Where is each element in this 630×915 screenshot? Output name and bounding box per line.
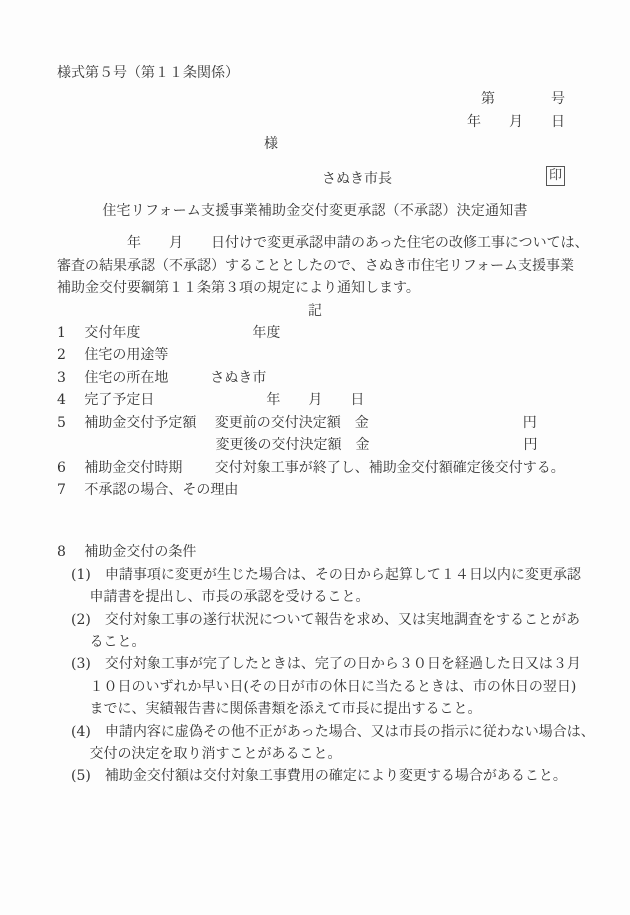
condition-line: (5) 補助金交付額は交付対象工事費用の確定により変更する場合があること。 [57, 765, 573, 787]
item-hojokin-jiki: 6 補助金交付時期 交付対象工事が終了し、補助金交付額確定後交付する。 [57, 457, 573, 479]
item-hojokin-yoteigaku-mae: 5 補助金交付予定額 変更前の交付決定額 金 円 [57, 412, 573, 434]
condition-line: １０日のいずれか早い日(その日が市の休日に当たるときは、市の休日の翌日) [57, 676, 573, 698]
paragraph-line: 審査の結果承認（不承認）することとしたので、さぬき市住宅リフォーム支援事業 [57, 255, 573, 277]
form-number: 様式第５号（第１１条関係） [57, 62, 573, 84]
condition-line: 申請書を提出し、市長の承認を受けること。 [57, 586, 573, 608]
date-line: 年 月 日 [57, 111, 565, 133]
condition-line: (3) 交付対象工事が完了したときは、完了の日から３０日を経過した日又は３月 [57, 653, 573, 675]
body-paragraph: 年 月 日付けで変更承認申請のあった住宅の改修工事については、 審査の結果承認（… [57, 232, 573, 299]
header-right-block: 第 号 年 月 日 [57, 88, 573, 133]
item-fushonin-riyu: 7 不承認の場合、その理由 [57, 479, 573, 501]
condition-line: ること。 [57, 631, 573, 653]
item-jutaku-yoto: 2 住宅の用途等 [57, 344, 573, 366]
condition-line: 交付の決定を取り消すことがあること。 [57, 743, 573, 765]
section8-heading: 8 補助金交付の条件 [57, 541, 573, 563]
condition-line: までに、実績報告書に関係書類を添えて市長に提出すること。 [57, 698, 573, 720]
document-title: 住宅リフォーム支援事業補助金交付変更承認（不承認）決定通知書 [57, 200, 573, 222]
addressee-honorific: 様 [57, 133, 573, 155]
condition-line: (4) 申請内容に虚偽その他不正があった場合、又は市長の指示に従わない場合は、 [57, 721, 573, 743]
item-jutaku-shozaichi: 3 住宅の所在地 さぬき市 [57, 367, 573, 389]
item-kofu-nendo: 1 交付年度 年度 [57, 322, 573, 344]
seal-mark: 印 [546, 166, 565, 186]
condition-line: (2) 交付対象工事の遂行状況について報告を求め、又は実地調査をすることがあ [57, 609, 573, 631]
sender-row: さぬき市長 印 [57, 168, 573, 190]
sender-name: さぬき市長 [57, 171, 392, 187]
document-page: 様式第５号（第１１条関係） 第 号 年 月 日 様 さぬき市長 印 住宅リフォー… [0, 0, 630, 915]
paragraph-line: 年 月 日付けで変更承認申請のあった住宅の改修工事については、 [57, 232, 573, 254]
doc-number-line: 第 号 [57, 88, 565, 110]
paragraph-line: 補助金交付要綱第１１条第３項の規定により通知します。 [57, 277, 573, 299]
item-hojokin-yoteigaku-ato: 変更後の交付決定額 金 円 [57, 434, 573, 456]
items-list: 1 交付年度 年度 2 住宅の用途等 3 住宅の所在地 さぬき市 4 完了予定日… [57, 322, 573, 501]
section8-conditions: 8 補助金交付の条件 (1) 申請事項に変更が生じた場合は、その日から起算して１… [57, 541, 573, 787]
condition-line: (1) 申請事項に変更が生じた場合は、その日から起算して１４日以内に変更承認 [57, 564, 573, 586]
ki-label: 記 [57, 300, 573, 322]
item-kanryo-yoteibi: 4 完了予定日 年 月 日 [57, 389, 573, 411]
